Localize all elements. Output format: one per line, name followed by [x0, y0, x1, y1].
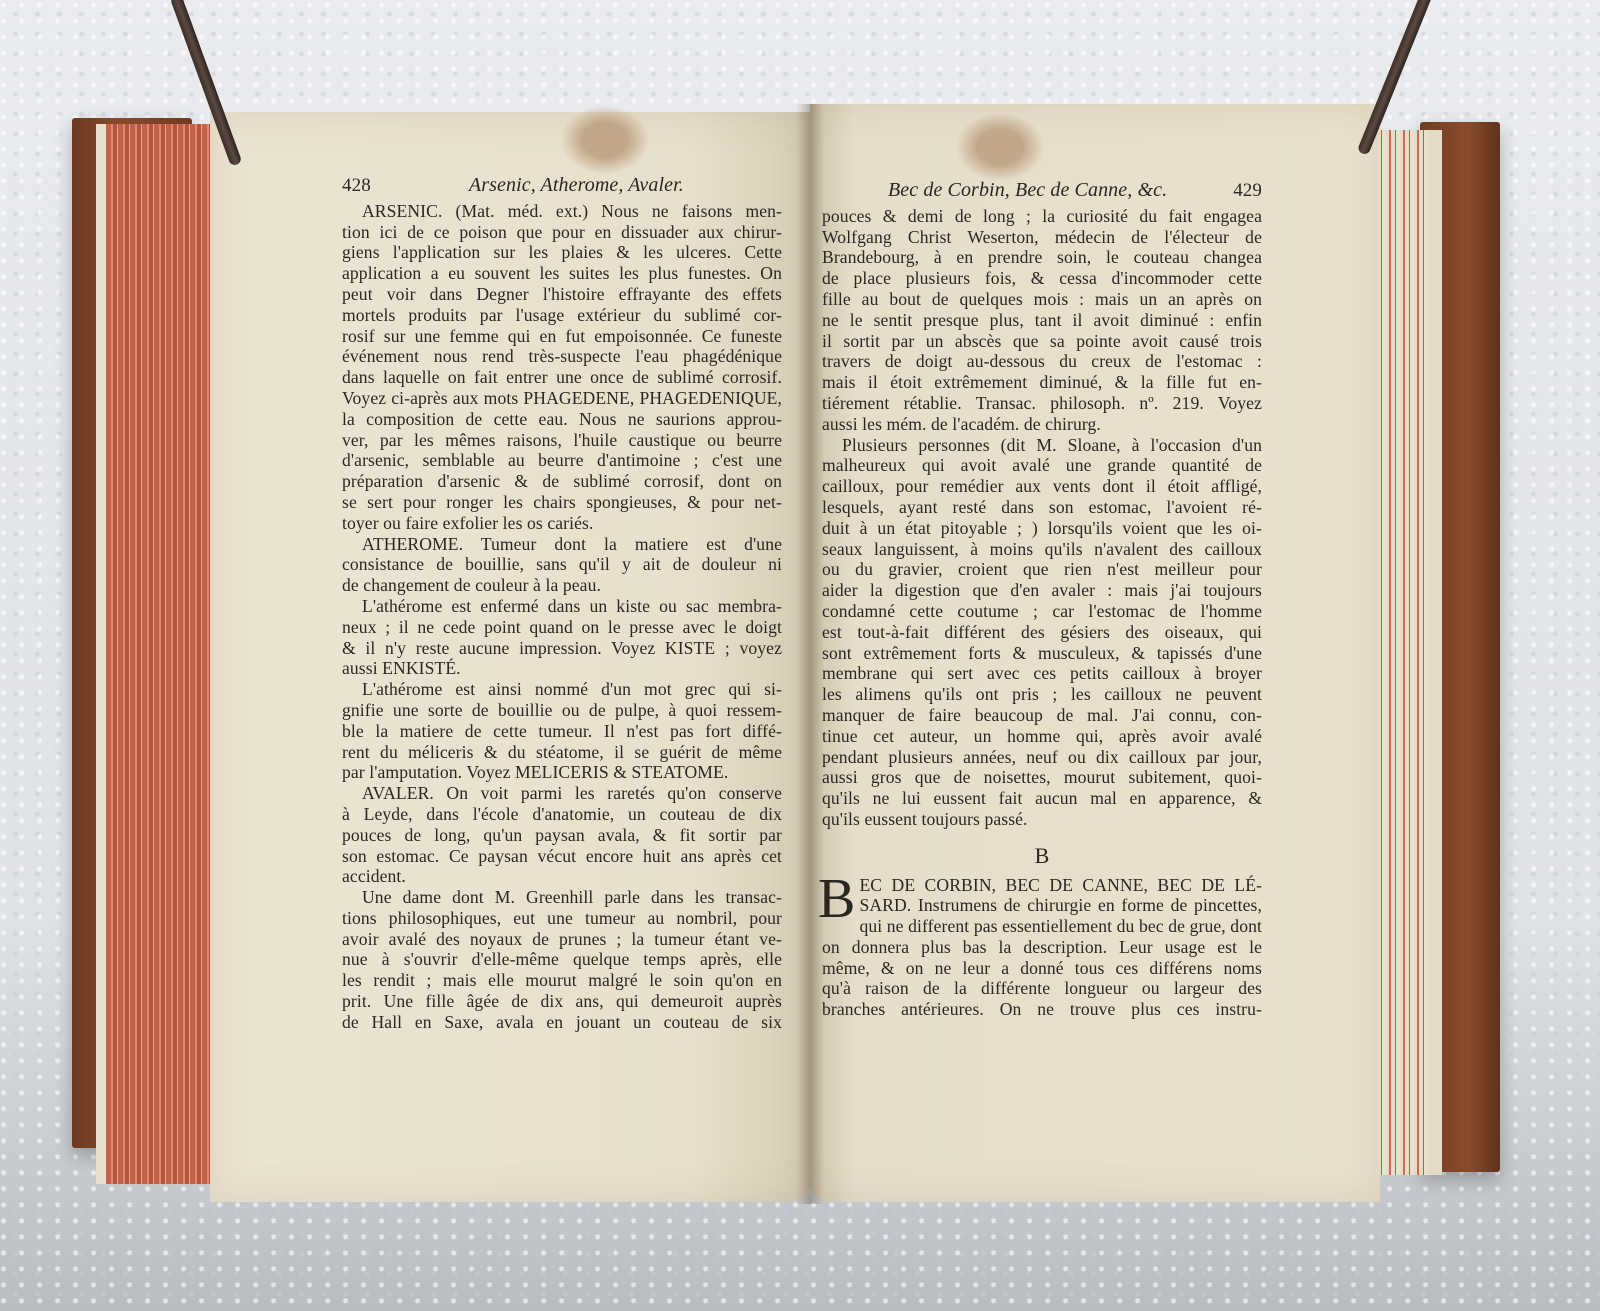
page-number: 429 — [1233, 181, 1262, 202]
right-running-head: Bec de Corbin, Bec de Canne, &c. 429 — [822, 180, 1262, 202]
text-line: ble la matiere de cette tumeur. Il n'est… — [342, 721, 782, 742]
text-line: aussi gros que de noisettes, mourut subi… — [822, 767, 1262, 788]
text-line: peut voir dans Degner l'histoire effraya… — [342, 284, 782, 305]
left-page-text: 428 Arsenic, Atherome, Avaler. ARSENIC. … — [342, 175, 782, 1033]
text-line: par l'amputation. Voyez MELICERIS & STEA… — [342, 762, 782, 783]
text-line: tion ici de ce poison que pour en dissua… — [342, 222, 782, 243]
text-line: on donnera plus bas la description. Leur… — [822, 937, 1262, 958]
text-line: de Hall en Saxe, avala en jouant un cout… — [342, 1012, 782, 1033]
text-line: Une dame dont M. Greenhill parle dans le… — [342, 887, 782, 908]
section-letter: B — [822, 846, 1262, 867]
page-tear-left — [560, 105, 650, 175]
text-line: ou du gravier, croient que rien n'est me… — [822, 559, 1262, 580]
text-line: condamné cette coutume ; car l'estomac d… — [822, 601, 1262, 622]
text-line: dans laquelle on fait entrer une once de… — [342, 367, 782, 388]
text-line: la composition de cette eau. Nous ne sau… — [342, 409, 782, 430]
text-line: lesquels, ayant resté dans son estomac, … — [822, 497, 1262, 518]
text-line: Voyez ci-après aux mots PHAGEDENE, PHAGE… — [342, 388, 782, 409]
text-line: événement nous rend très-suspecte l'eau … — [342, 346, 782, 367]
entry-heading: EC DE CORBIN, BEC DE CANNE, BEC DE LÉ- — [822, 875, 1262, 896]
text-line: toyer ou faire exfolier les os cariés. — [342, 513, 782, 534]
text-line: sont extrêmement forts & musculeux, & ta… — [822, 643, 1262, 664]
text-line: les alimens qu'ils ont pris ; les caillo… — [822, 684, 1262, 705]
right-page-text: Bec de Corbin, Bec de Canne, &c. 429 pou… — [822, 180, 1262, 1020]
text-line: fille au bout de quelques mois : mais un… — [822, 289, 1262, 310]
text-line: travers de doigt au-dessous du creux de … — [822, 351, 1262, 372]
text-line: aussi ENKISTÉ. — [342, 658, 782, 679]
text-line: duit à un état pitoyable ; ) lorsqu'ils … — [822, 518, 1262, 539]
text-line: rosif sur une femme qui en fut empoisonn… — [342, 326, 782, 347]
text-line: application a eu souvent les suites les … — [342, 263, 782, 284]
book-gutter — [796, 104, 824, 1204]
text-line: même, & on ne leur a donné tous ces diff… — [822, 958, 1262, 979]
text-line: aider la digestion que d'en avaler : mai… — [822, 580, 1262, 601]
entry-heading-avaler: AVALER. On voit parmi les raretés qu'on … — [342, 783, 782, 804]
text-line: tiérement rétablie. Transac. philosoph. … — [822, 393, 1262, 414]
text-line: tinue cet auteur, un homme qui, après av… — [822, 726, 1262, 747]
text-line: Wolfgang Christ Weserton, médecin de l'é… — [822, 227, 1262, 248]
text-line: mais il étoit extrêmement diminué, & la … — [822, 372, 1262, 393]
text-line: de place plusieurs fois, & cessa d'incom… — [822, 268, 1262, 289]
text-line: SARD. Instrumens de chirurgie en forme d… — [822, 895, 1262, 916]
text-line: pendant plusieurs années, neuf ou dix ca… — [822, 747, 1262, 768]
text-line: prit. Une fille âgée de dix ans, qui dem… — [342, 991, 782, 1012]
running-head-title: Arsenic, Atherome, Avaler. — [371, 175, 782, 196]
text-line: pouces & demi de long ; la curiosité du … — [822, 206, 1262, 227]
left-page-edges — [96, 124, 226, 1184]
text-line: qu'ils eussent toujours passé. — [822, 809, 1262, 830]
text-line: les rendit ; mais elle mourut malgré le … — [342, 970, 782, 991]
text-line: se sert pour ronger les chairs spongieus… — [342, 492, 782, 513]
text-line: d'arsenic, semblable au beurre d'antimoi… — [342, 450, 782, 471]
text-line: qu'ils ne lui eussent fait aucun mal en … — [822, 788, 1262, 809]
text-line: mortels produits par l'usage extérieur d… — [342, 305, 782, 326]
entry-bec-de-corbin: B EC DE CORBIN, BEC DE CANNE, BEC DE LÉ-… — [822, 875, 1262, 1021]
text-line: son estomac. Ce paysan vécut encore huit… — [342, 846, 782, 867]
text-line: de changement de couleur à la peau. — [342, 575, 782, 596]
text-line: accident. — [342, 866, 782, 887]
text-line: tions philosophiques, eut une tumeur au … — [342, 908, 782, 929]
text-line: nue à s'ouvrir d'elle-même quelque temps… — [342, 949, 782, 970]
text-line: L'athérome est ainsi nommé d'un mot grec… — [342, 679, 782, 700]
text-line: qu'à raison de la différente longueur ou… — [822, 978, 1262, 999]
right-page-edges — [1372, 130, 1442, 1175]
text-line: consistance de bouillie, sans qu'il y ai… — [342, 554, 782, 575]
text-line: cailloux, pour remédier aux vents dont i… — [822, 476, 1262, 497]
page-tear-right — [955, 112, 1045, 182]
text-line: rent du méliceris & du stéatome, il se g… — [342, 742, 782, 763]
text-line: neux ; il ne cede point quand on le pres… — [342, 617, 782, 638]
text-line: giens l'application sur les plaies & les… — [342, 242, 782, 263]
text-line: ARSENIC. (Mat. méd. ext.) Nous ne faison… — [342, 201, 782, 222]
text-line: malheureux qui avoit avalé une grande qu… — [822, 455, 1262, 476]
book-photo: 428 Arsenic, Atherome, Avaler. ARSENIC. … — [0, 0, 1600, 1311]
text-line: branches antérieures. On ne trouve plus … — [822, 999, 1262, 1020]
drop-cap: B — [818, 877, 855, 921]
text-line: L'athérome est enfermé dans un kiste ou … — [342, 596, 782, 617]
text-line: ver, par les mêmes raisons, l'huile caus… — [342, 430, 782, 451]
text-line: manquer de faire beaucoup de mal. J'ai c… — [822, 705, 1262, 726]
text-line: est tout-à-fait différent des gésiers de… — [822, 622, 1262, 643]
text-line: aussi les mém. de l'académ. de chirurg. — [822, 414, 1262, 435]
text-line: qui ne different pas essentiellement du … — [822, 916, 1262, 937]
left-running-head: 428 Arsenic, Atherome, Avaler. — [342, 175, 782, 197]
text-line: ne le sentit presque plus, tant il avoit… — [822, 310, 1262, 331]
text-line: membrane qui sert avec ces petits caillo… — [822, 663, 1262, 684]
text-line: Plusieurs personnes (dit M. Sloane, à l'… — [822, 435, 1262, 456]
text-line: Brandebourg, à en prendre soin, le coute… — [822, 247, 1262, 268]
text-line: pouces de long, qu'un paysan avala, & fi… — [342, 825, 782, 846]
text-line: à Leyde, dans l'école d'anatomie, un cou… — [342, 804, 782, 825]
text-line: seaux languissent, à moins qu'ils n'aval… — [822, 539, 1262, 560]
entry-heading-atherome: ATHEROME. Tumeur dont la matiere est d'u… — [342, 534, 782, 555]
text-line: préparation d'arsenic & de sublimé corro… — [342, 471, 782, 492]
text-line: il sortit par un abscès que sa pointe av… — [822, 331, 1262, 352]
text-line: avoir avalé des noyaux de prunes ; la tu… — [342, 929, 782, 950]
text-line: gnifie une sorte de bouillie ou de pulpe… — [342, 700, 782, 721]
page-number: 428 — [342, 176, 371, 197]
text-line: & il n'y reste aucune impression. Voyez … — [342, 638, 782, 659]
running-head-title: Bec de Corbin, Bec de Canne, &c. — [822, 180, 1233, 201]
